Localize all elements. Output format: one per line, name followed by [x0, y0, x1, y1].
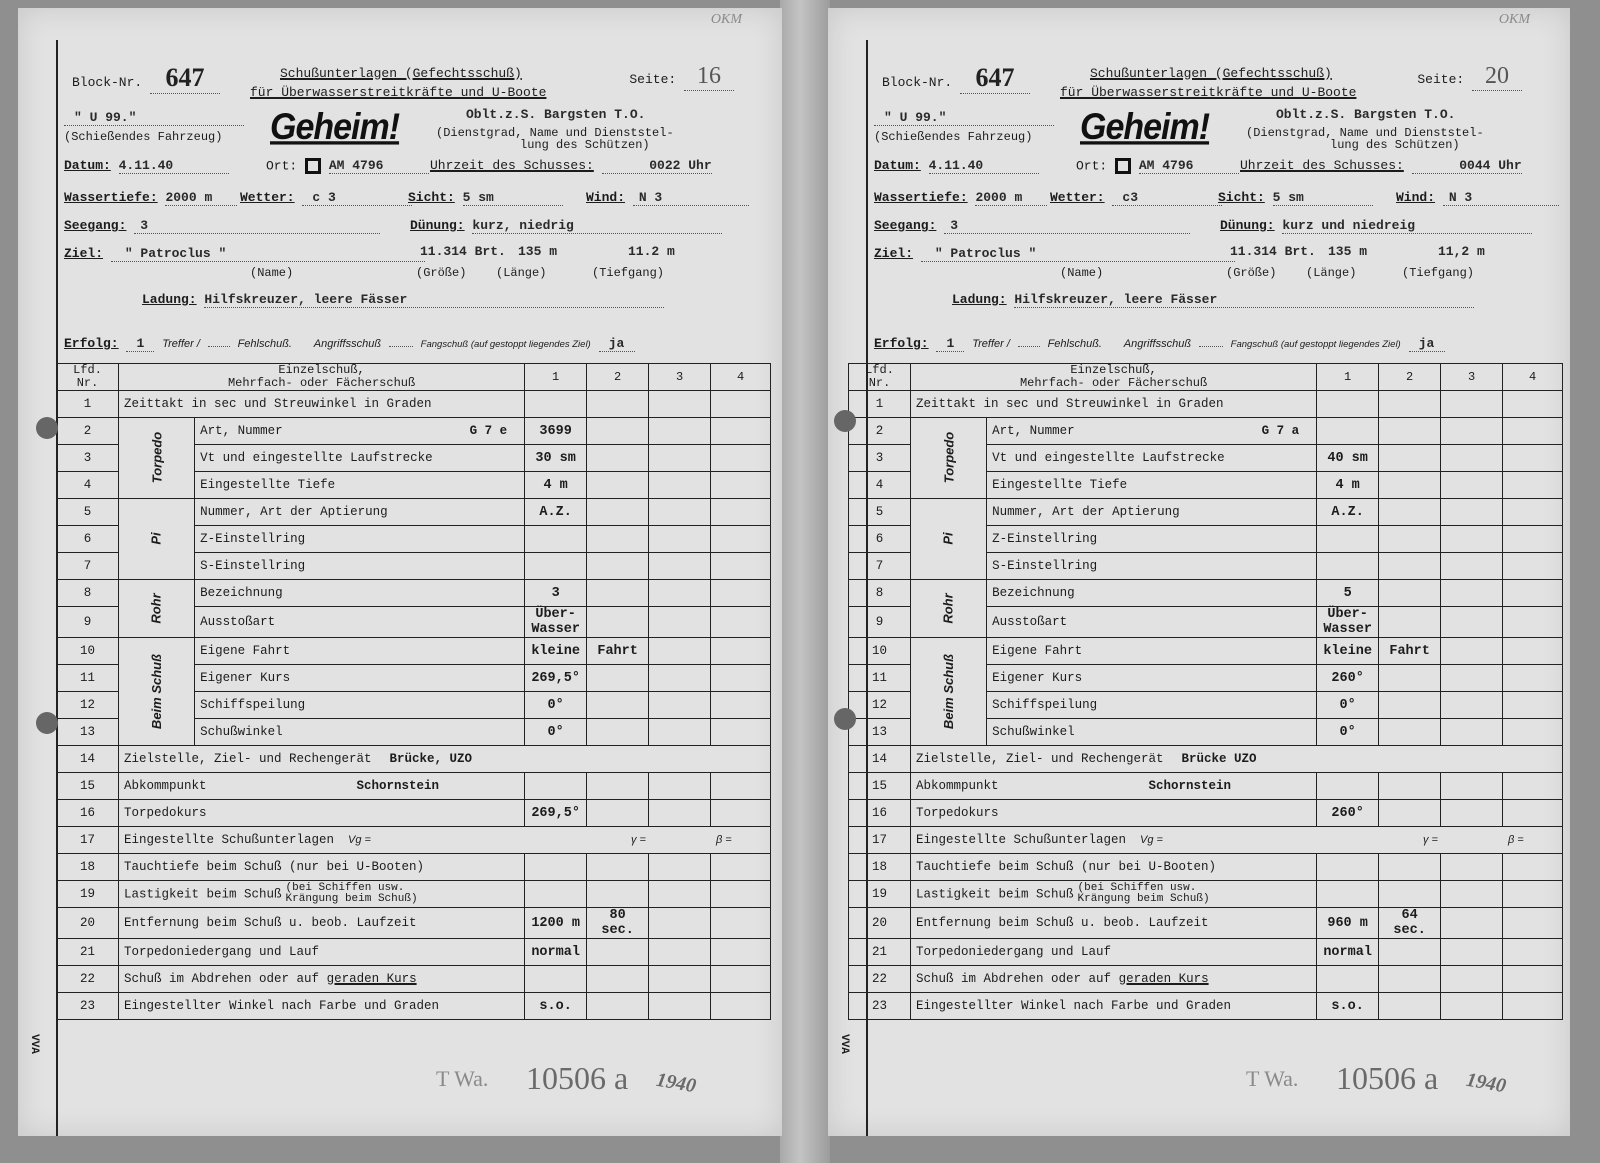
- shot-3-value: [1441, 391, 1503, 418]
- vg-label: Vg =: [348, 834, 371, 846]
- shot-2-value: [1379, 391, 1441, 418]
- archive-stamp-prefix: T Wa.: [436, 1066, 488, 1092]
- secret-stamp: Geheim!: [270, 106, 399, 149]
- row-number: 14: [849, 746, 911, 773]
- table-row: 20Entfernung beim Schuß u. beob. Laufzei…: [849, 908, 1563, 939]
- row-label: Eingestellte Tiefe: [195, 472, 525, 499]
- shot-2-value: Fahrt: [1379, 638, 1441, 665]
- shot-2-value: [587, 526, 649, 553]
- row-number: 11: [849, 665, 911, 692]
- row-label: Torpedokurs: [911, 800, 1317, 827]
- table-row: 17Eingestellte SchußunterlagenVg =γ =β =: [57, 827, 771, 854]
- seegang-label: Seegang:: [64, 218, 126, 233]
- row-label-text: Art, Nummer: [992, 424, 1075, 438]
- beta-label: β =: [716, 834, 732, 846]
- swell-field: Dünung: kurz und niedreig: [1220, 218, 1532, 234]
- group-label-pi: Pi: [119, 499, 195, 580]
- ziel-name: " Patroclus ": [921, 246, 1235, 262]
- shot-4-value: [711, 607, 771, 638]
- form-title: Schußunterlagen (Gefechtsschuß): [1090, 66, 1332, 81]
- row-label: AbkommpunktSchornstein: [119, 773, 525, 800]
- shot-3-value: [1441, 638, 1503, 665]
- aim-point-value: Schornstein: [1149, 779, 1232, 793]
- row-number: 6: [849, 526, 911, 553]
- vg-label: Vg =: [1140, 834, 1163, 846]
- shot-2-value: [587, 993, 649, 1020]
- wetter-label: Wetter:: [1050, 190, 1105, 205]
- shot-3-value: [1441, 607, 1503, 638]
- table-row: 5PiNummer, Art der AptierungA.Z.: [57, 499, 771, 526]
- row-label-note: (bei Schiffen usw. Krängung beim Schuß): [286, 883, 436, 905]
- row-number: 14: [57, 746, 119, 773]
- wetter-value: c 3: [302, 190, 412, 206]
- shot-3-value: [1441, 445, 1503, 472]
- torpedo-type: G 7 e: [470, 424, 508, 438]
- seegang-label: Seegang:: [874, 218, 936, 233]
- shot-4-value: [711, 993, 771, 1020]
- shot-2-value: Fahrt: [587, 638, 649, 665]
- treffer-label: Treffer /: [972, 338, 1010, 350]
- shot-3-value: [649, 445, 711, 472]
- row-label-text: Vt und eingestellte Laufstrecke: [200, 451, 433, 465]
- table-row: 17Eingestellte SchußunterlagenVg =γ =β =: [849, 827, 1563, 854]
- ort-label: Ort:: [1076, 158, 1107, 173]
- aim-point-value: Schornstein: [357, 779, 440, 793]
- row-label-text: Z-Einstellring: [992, 532, 1097, 546]
- fangschuss-value: ja: [599, 336, 635, 352]
- shot-3-value: [1441, 881, 1503, 908]
- handwritten-mark: OKM: [711, 12, 742, 28]
- row-label: Torpedoniedergang und Lauf: [911, 939, 1317, 966]
- shot-2-value: [587, 499, 649, 526]
- row-label-text: Eingestellte Schußunterlagen: [916, 833, 1126, 847]
- shot-1-value: normal: [525, 939, 587, 966]
- wassertiefe-value: 2000 m: [165, 190, 237, 206]
- header-description: Einzelschuß,Mehrfach- oder Fächerschuß: [911, 364, 1317, 391]
- wind-label: Wind:: [586, 190, 625, 205]
- shot-4-value: [1503, 445, 1563, 472]
- shot-4-value: [1503, 966, 1563, 993]
- row-number: 7: [57, 553, 119, 580]
- shot-4-value: [1503, 472, 1563, 499]
- row-label: Schußwinkel: [987, 719, 1317, 746]
- header-shot-4: 4: [1503, 364, 1563, 391]
- shot-3-value: [1441, 939, 1503, 966]
- block-number-field: Block-Nr. 647: [72, 63, 220, 94]
- header-shot-1: 1: [1317, 364, 1379, 391]
- shot-3-value: [649, 854, 711, 881]
- shot-1-value: [525, 881, 587, 908]
- shot-3-value: [649, 472, 711, 499]
- row-label: Tauchtiefe beim Schuß (nur bei U-Booten): [119, 854, 525, 881]
- table-row: 18Tauchtiefe beim Schuß (nur bei U-Boote…: [849, 854, 1563, 881]
- fehlschuss-label: Fehlschuß.: [1048, 338, 1102, 350]
- shot-4-value: [1503, 881, 1563, 908]
- row-number: 4: [849, 472, 911, 499]
- row-number: 11: [57, 665, 119, 692]
- row-label: Eingestellte SchußunterlagenVg =γ =β =: [911, 827, 1563, 854]
- row-label-text: Torpedoniedergang und Lauf: [916, 945, 1111, 959]
- row-label: Vt und eingestellte Laufstrecke: [987, 445, 1317, 472]
- shot-3-value: [1441, 773, 1503, 800]
- shot-2-value: [1379, 445, 1441, 472]
- header-lfd-nr: Lfd. Nr.: [849, 364, 911, 391]
- block-label: Block-Nr.: [72, 75, 142, 90]
- group-label-text: Torpedo: [149, 432, 164, 484]
- row-label: Ausstoßart: [987, 607, 1317, 638]
- table-row: 21Torpedoniedergang und Laufnormal: [57, 939, 771, 966]
- shot-2-value: [587, 580, 649, 607]
- shot-2-value: [1379, 472, 1441, 499]
- row-label: Ausstoßart: [195, 607, 525, 638]
- ort-value: AM 4796: [1139, 158, 1239, 174]
- wind-value: N 3: [633, 190, 749, 206]
- vessel-caption: (Schießendes Fahrzeug): [64, 130, 222, 144]
- shot-3-value: [1441, 719, 1503, 746]
- fehlschuss-label: Fehlschuß.: [238, 338, 292, 350]
- table-row: 14Zielstelle, Ziel- und RechengerätBrück…: [57, 746, 771, 773]
- group-label-text: Rohr: [941, 593, 956, 623]
- shot-1-value: Über-Wasser: [1317, 607, 1379, 638]
- shot-4-value: [711, 553, 771, 580]
- shot-2-value: [1379, 993, 1441, 1020]
- row-label-text: Schuß im Abdrehen oder auf: [124, 972, 319, 986]
- weather-field: Wetter: c3: [1050, 190, 1222, 206]
- row-label-text: Entfernung beim Schuß u. beob. Laufzeit: [124, 916, 417, 930]
- block-number: 647: [960, 63, 1030, 94]
- uhrzeit-value: 0044 Uhr: [1412, 158, 1522, 174]
- row-label-underlined: geraden Kurs: [327, 972, 417, 986]
- table-row: 18Tauchtiefe beim Schuß (nur bei U-Boote…: [57, 854, 771, 881]
- row-label-text: Schiffspeilung: [200, 698, 305, 712]
- shot-1-value: 3699: [525, 418, 587, 445]
- row-number: 3: [849, 445, 911, 472]
- header-desc-line-2: Mehrfach- oder Fächerschuß: [916, 377, 1311, 390]
- punch-hole: [834, 410, 856, 432]
- row-number: 18: [57, 854, 119, 881]
- row-number: 9: [57, 607, 119, 638]
- ort-label: Ort:: [266, 158, 297, 173]
- shot-3-value: [1441, 908, 1503, 939]
- row-number: 13: [849, 719, 911, 746]
- row-number: 20: [57, 908, 119, 939]
- row-label-text: Lastigkeit beim Schuß: [916, 887, 1074, 901]
- shot-2-value: [1379, 800, 1441, 827]
- shot-3-value: [1441, 993, 1503, 1020]
- shot-1-value: 3: [525, 580, 587, 607]
- shot-4-value: [711, 800, 771, 827]
- shot-2-value: [1379, 418, 1441, 445]
- ziel-laenge: 135 m: [1328, 244, 1367, 259]
- row-label-text: Bezeichnung: [200, 586, 283, 600]
- shot-2-value: [1379, 966, 1441, 993]
- shot-1-value: 0°: [1317, 719, 1379, 746]
- shot-4-value: [1503, 580, 1563, 607]
- table-row: 22Schuß im Abdrehen oder auf geraden Kur…: [849, 966, 1563, 993]
- shot-2-value: [587, 391, 649, 418]
- shot-4-value: [711, 773, 771, 800]
- shot-4-value: [1503, 854, 1563, 881]
- shot-3-value: [1441, 553, 1503, 580]
- seegang-value: 3: [134, 218, 380, 234]
- table-row: 21Torpedoniedergang und Laufnormal: [849, 939, 1563, 966]
- row-number: 13: [57, 719, 119, 746]
- shot-1-value: [525, 854, 587, 881]
- erfolg-treffer: 1: [936, 336, 964, 352]
- fangschuss-label: Fangschuß (auf gestoppt liegendes Ziel): [421, 339, 591, 350]
- row-label-text: Eigener Kurs: [200, 671, 290, 685]
- shot-4-value: [1503, 719, 1563, 746]
- ladung-label: Ladung:: [952, 292, 1007, 307]
- shot-3-value: [1441, 526, 1503, 553]
- shot-4-value: [1503, 638, 1563, 665]
- row-label-text: Zeittakt in sec und Streuwinkel in Grade…: [124, 397, 432, 411]
- shooter-name: Oblt.z.S. Bargsten T.O.: [466, 107, 645, 122]
- shot-3-value: [1441, 692, 1503, 719]
- grid-square-icon: [305, 158, 321, 174]
- shot-2-value: [587, 719, 649, 746]
- ziel-label: Ziel:: [874, 246, 913, 261]
- row-number: 3: [57, 445, 119, 472]
- erfolg-label: Erfolg:: [64, 336, 119, 351]
- row-number: 22: [57, 966, 119, 993]
- shot-4-value: [711, 692, 771, 719]
- shot-1-value: 960 m: [1317, 908, 1379, 939]
- uhrzeit-label: Uhrzeit des Schusses:: [430, 158, 594, 173]
- duenung-value: kurz und niedreig: [1282, 218, 1532, 234]
- group-label-text: Torpedo: [941, 432, 956, 484]
- page-number: 20: [1472, 63, 1522, 91]
- row-number: 2: [57, 418, 119, 445]
- row-label: Z-Einstellring: [195, 526, 525, 553]
- row-number: 15: [849, 773, 911, 800]
- row-label-text: S-Einstellring: [200, 559, 305, 573]
- header-desc-line-2: Mehrfach- oder Fächerschuß: [124, 377, 519, 390]
- table-row: 5PiNummer, Art der AptierungA.Z.: [849, 499, 1563, 526]
- shot-4-value: [1503, 391, 1563, 418]
- shot-3-value: [1441, 854, 1503, 881]
- row-label-text: Eingestellte Schußunterlagen: [124, 833, 334, 847]
- row-label: Entfernung beim Schuß u. beob. Laufzeit: [119, 908, 525, 939]
- shot-2-value: [587, 553, 649, 580]
- shot-2-value: [1379, 719, 1441, 746]
- shot-1-value: [525, 773, 587, 800]
- shot-1-value: 40 sm: [1317, 445, 1379, 472]
- row-label: Zielstelle, Ziel- und RechengerätBrücke,…: [119, 746, 771, 773]
- table-row: 2TorpedoArt, NummerG 7 a: [849, 418, 1563, 445]
- row-label-text: Eingestellte Tiefe: [992, 478, 1127, 492]
- shot-3-value: [649, 881, 711, 908]
- archive-stamp-year: 1940: [654, 1069, 697, 1099]
- shot-2-value: [1379, 854, 1441, 881]
- header-shot-2: 2: [587, 364, 649, 391]
- uhrzeit-value: 0022 Uhr: [602, 158, 712, 174]
- shot-3-value: [649, 800, 711, 827]
- shot-4-value: [711, 881, 771, 908]
- shot-2-value: [1379, 692, 1441, 719]
- shot-2-value: [587, 418, 649, 445]
- row-label: Lastigkeit beim Schuß(bei Schiffen usw. …: [119, 881, 525, 908]
- datum-label: Datum:: [64, 158, 111, 173]
- beta-label: β =: [1508, 834, 1524, 846]
- archive-stamp-year: 1940: [1464, 1069, 1507, 1099]
- row-label: Schuß im Abdrehen oder auf geraden Kurs: [119, 966, 525, 993]
- cargo-field: Ladung: Hilfskreuzer, leere Fässer: [952, 292, 1474, 308]
- wetter-label: Wetter:: [240, 190, 295, 205]
- caption-name: (Name): [250, 266, 293, 280]
- shot-2-value: [587, 607, 649, 638]
- row-number: 8: [57, 580, 119, 607]
- water-depth-field: Wassertiefe: 2000 m: [64, 190, 237, 206]
- sicht-label: Sicht:: [408, 190, 455, 205]
- row-label: Zeittakt in sec und Streuwinkel in Grade…: [911, 391, 1317, 418]
- table-row: 16Torpedokurs260°: [849, 800, 1563, 827]
- table-row: 8RohrBezeichnung5: [849, 580, 1563, 607]
- row-number: 1: [849, 391, 911, 418]
- weather-field: Wetter: c 3: [240, 190, 412, 206]
- header-shot-4: 4: [711, 364, 771, 391]
- shot-3-value: [649, 526, 711, 553]
- shooter-caption-2: lung des Schützen): [1330, 138, 1460, 152]
- firing-data-table: Lfd. Nr.Einzelschuß,Mehrfach- oder Fäche…: [56, 363, 771, 1020]
- shot-1-value: [525, 966, 587, 993]
- row-label-text: Torpedokurs: [916, 806, 999, 820]
- ziel-groesse: 11.314 Brt.: [1230, 244, 1316, 259]
- row-label-text: S-Einstellring: [992, 559, 1097, 573]
- shot-3-value: [649, 908, 711, 939]
- shot-4-value: [1503, 993, 1563, 1020]
- row-label-text: Eingestellter Winkel nach Farbe und Grad…: [916, 999, 1231, 1013]
- row-label: Entfernung beim Schuß u. beob. Laufzeit: [911, 908, 1317, 939]
- table-row: 1Zeittakt in sec und Streuwinkel in Grad…: [57, 391, 771, 418]
- shot-3-value: [1441, 580, 1503, 607]
- shot-2-value: [1379, 881, 1441, 908]
- row-number: 7: [849, 553, 911, 580]
- row-label-note: (bei Schiffen usw. Krängung beim Schuß): [1078, 883, 1228, 905]
- row-number: 21: [849, 939, 911, 966]
- seite-label: Seite:: [1417, 72, 1464, 87]
- row-number: 4: [57, 472, 119, 499]
- target-field: Ziel: " Patroclus ": [64, 246, 425, 262]
- row-label: Eingestellte SchußunterlagenVg =γ =β =: [119, 827, 771, 854]
- shot-4-value: [711, 665, 771, 692]
- page-number: 16: [684, 63, 734, 91]
- form-subtitle: für Überwasserstreitkräfte und U-Boote: [1060, 85, 1356, 100]
- row-label: Vt und eingestellte Laufstrecke: [195, 445, 525, 472]
- row-label-text: Ausstoßart: [200, 615, 275, 629]
- group-label-rohr: Rohr: [119, 580, 195, 638]
- row-label: S-Einstellring: [987, 553, 1317, 580]
- row-number: 12: [849, 692, 911, 719]
- row-label-text: Zielstelle, Ziel- und Rechengerät: [916, 752, 1164, 766]
- row-number: 17: [57, 827, 119, 854]
- group-label-text: Pi: [941, 532, 956, 544]
- shot-1-value: Über-Wasser: [525, 607, 587, 638]
- row-label-text: Vt und eingestellte Laufstrecke: [992, 451, 1225, 465]
- uhrzeit-label: Uhrzeit des Schusses:: [1240, 158, 1404, 173]
- treffer-label: Treffer /: [162, 338, 200, 350]
- row-number: 17: [849, 827, 911, 854]
- row-label: Schußwinkel: [195, 719, 525, 746]
- shot-2-value: [587, 472, 649, 499]
- datum-label: Datum:: [874, 158, 921, 173]
- group-label-beim_schuss: Beim Schuß: [119, 638, 195, 746]
- shot-4-value: [711, 445, 771, 472]
- shot-2-value: [1379, 607, 1441, 638]
- gamma-label: γ =: [1423, 834, 1438, 846]
- shot-4-value: [711, 719, 771, 746]
- shot-3-value: [1441, 665, 1503, 692]
- table-row: 2TorpedoArt, NummerG 7 e3699: [57, 418, 771, 445]
- shot-1-value: A.Z.: [525, 499, 587, 526]
- shot-3-value: [649, 993, 711, 1020]
- table-row: 8RohrBezeichnung3: [57, 580, 771, 607]
- table-row: 10Beim SchußEigene FahrtkleineFahrt: [57, 638, 771, 665]
- row-label-text: Eigener Kurs: [992, 671, 1082, 685]
- shot-4-value: [1503, 665, 1563, 692]
- shot-1-value: 0°: [525, 719, 587, 746]
- gamma-label: γ =: [631, 834, 646, 846]
- row-label: S-Einstellring: [195, 553, 525, 580]
- shot-1-value: [1317, 526, 1379, 553]
- shot-1-value: [1317, 854, 1379, 881]
- row-number: 23: [57, 993, 119, 1020]
- aiming-device-value: Brücke UZO: [1182, 752, 1257, 766]
- punch-hole: [36, 712, 58, 734]
- table-row: 23Eingestellter Winkel nach Farbe und Gr…: [849, 993, 1563, 1020]
- table-row: 23Eingestellter Winkel nach Farbe und Gr…: [57, 993, 771, 1020]
- shot-2-value: [587, 773, 649, 800]
- caption-groesse: (Größe): [416, 266, 466, 280]
- shot-3-value: [1441, 800, 1503, 827]
- row-label-text: Schuß im Abdrehen oder auf: [916, 972, 1111, 986]
- row-label: Eingestellter Winkel nach Farbe und Grad…: [119, 993, 525, 1020]
- row-label-text: Eingestellter Winkel nach Farbe und Grad…: [124, 999, 439, 1013]
- fangschuss-label: Fangschuß (auf gestoppt liegendes Ziel): [1231, 339, 1401, 350]
- shot-2-value: [1379, 939, 1441, 966]
- date-field: Datum: 4.11.40: [64, 158, 229, 174]
- shot-4-value: [711, 908, 771, 939]
- row-label: Zeittakt in sec und Streuwinkel in Grade…: [119, 391, 525, 418]
- wind-field: Wind: N 3: [1396, 190, 1559, 206]
- shot-3-value: [649, 391, 711, 418]
- cargo-field: Ladung: Hilfskreuzer, leere Fässer: [142, 292, 664, 308]
- row-number: 6: [57, 526, 119, 553]
- shot-3-value: [1441, 472, 1503, 499]
- aiming-device-value: Brücke, UZO: [390, 752, 473, 766]
- row-number: 5: [849, 499, 911, 526]
- caption-groesse: (Größe): [1226, 266, 1276, 280]
- shooter-caption-2: lung des Schützen): [520, 138, 650, 152]
- datum-value: 4.11.40: [119, 158, 229, 174]
- shot-3-value: [649, 692, 711, 719]
- angriffsschuss-label: Angriffsschuß: [314, 338, 381, 350]
- row-number: 23: [849, 993, 911, 1020]
- shot-1-value: [525, 553, 587, 580]
- row-number: 21: [57, 939, 119, 966]
- header-lfd-nr: Lfd. Nr.: [57, 364, 119, 391]
- shot-2-value: [1379, 773, 1441, 800]
- shot-4-value: [1503, 418, 1563, 445]
- row-label: AbkommpunktSchornstein: [911, 773, 1317, 800]
- punch-hole: [36, 417, 58, 439]
- row-number: 12: [57, 692, 119, 719]
- vessel-name: " U 99.": [64, 110, 244, 126]
- row-label-text: Tauchtiefe beim Schuß (nur bei U-Booten): [124, 860, 424, 874]
- ladung-value: Hilfskreuzer, leere Fässer: [204, 292, 664, 308]
- row-number: 20: [849, 908, 911, 939]
- group-label-rohr: Rohr: [911, 580, 987, 638]
